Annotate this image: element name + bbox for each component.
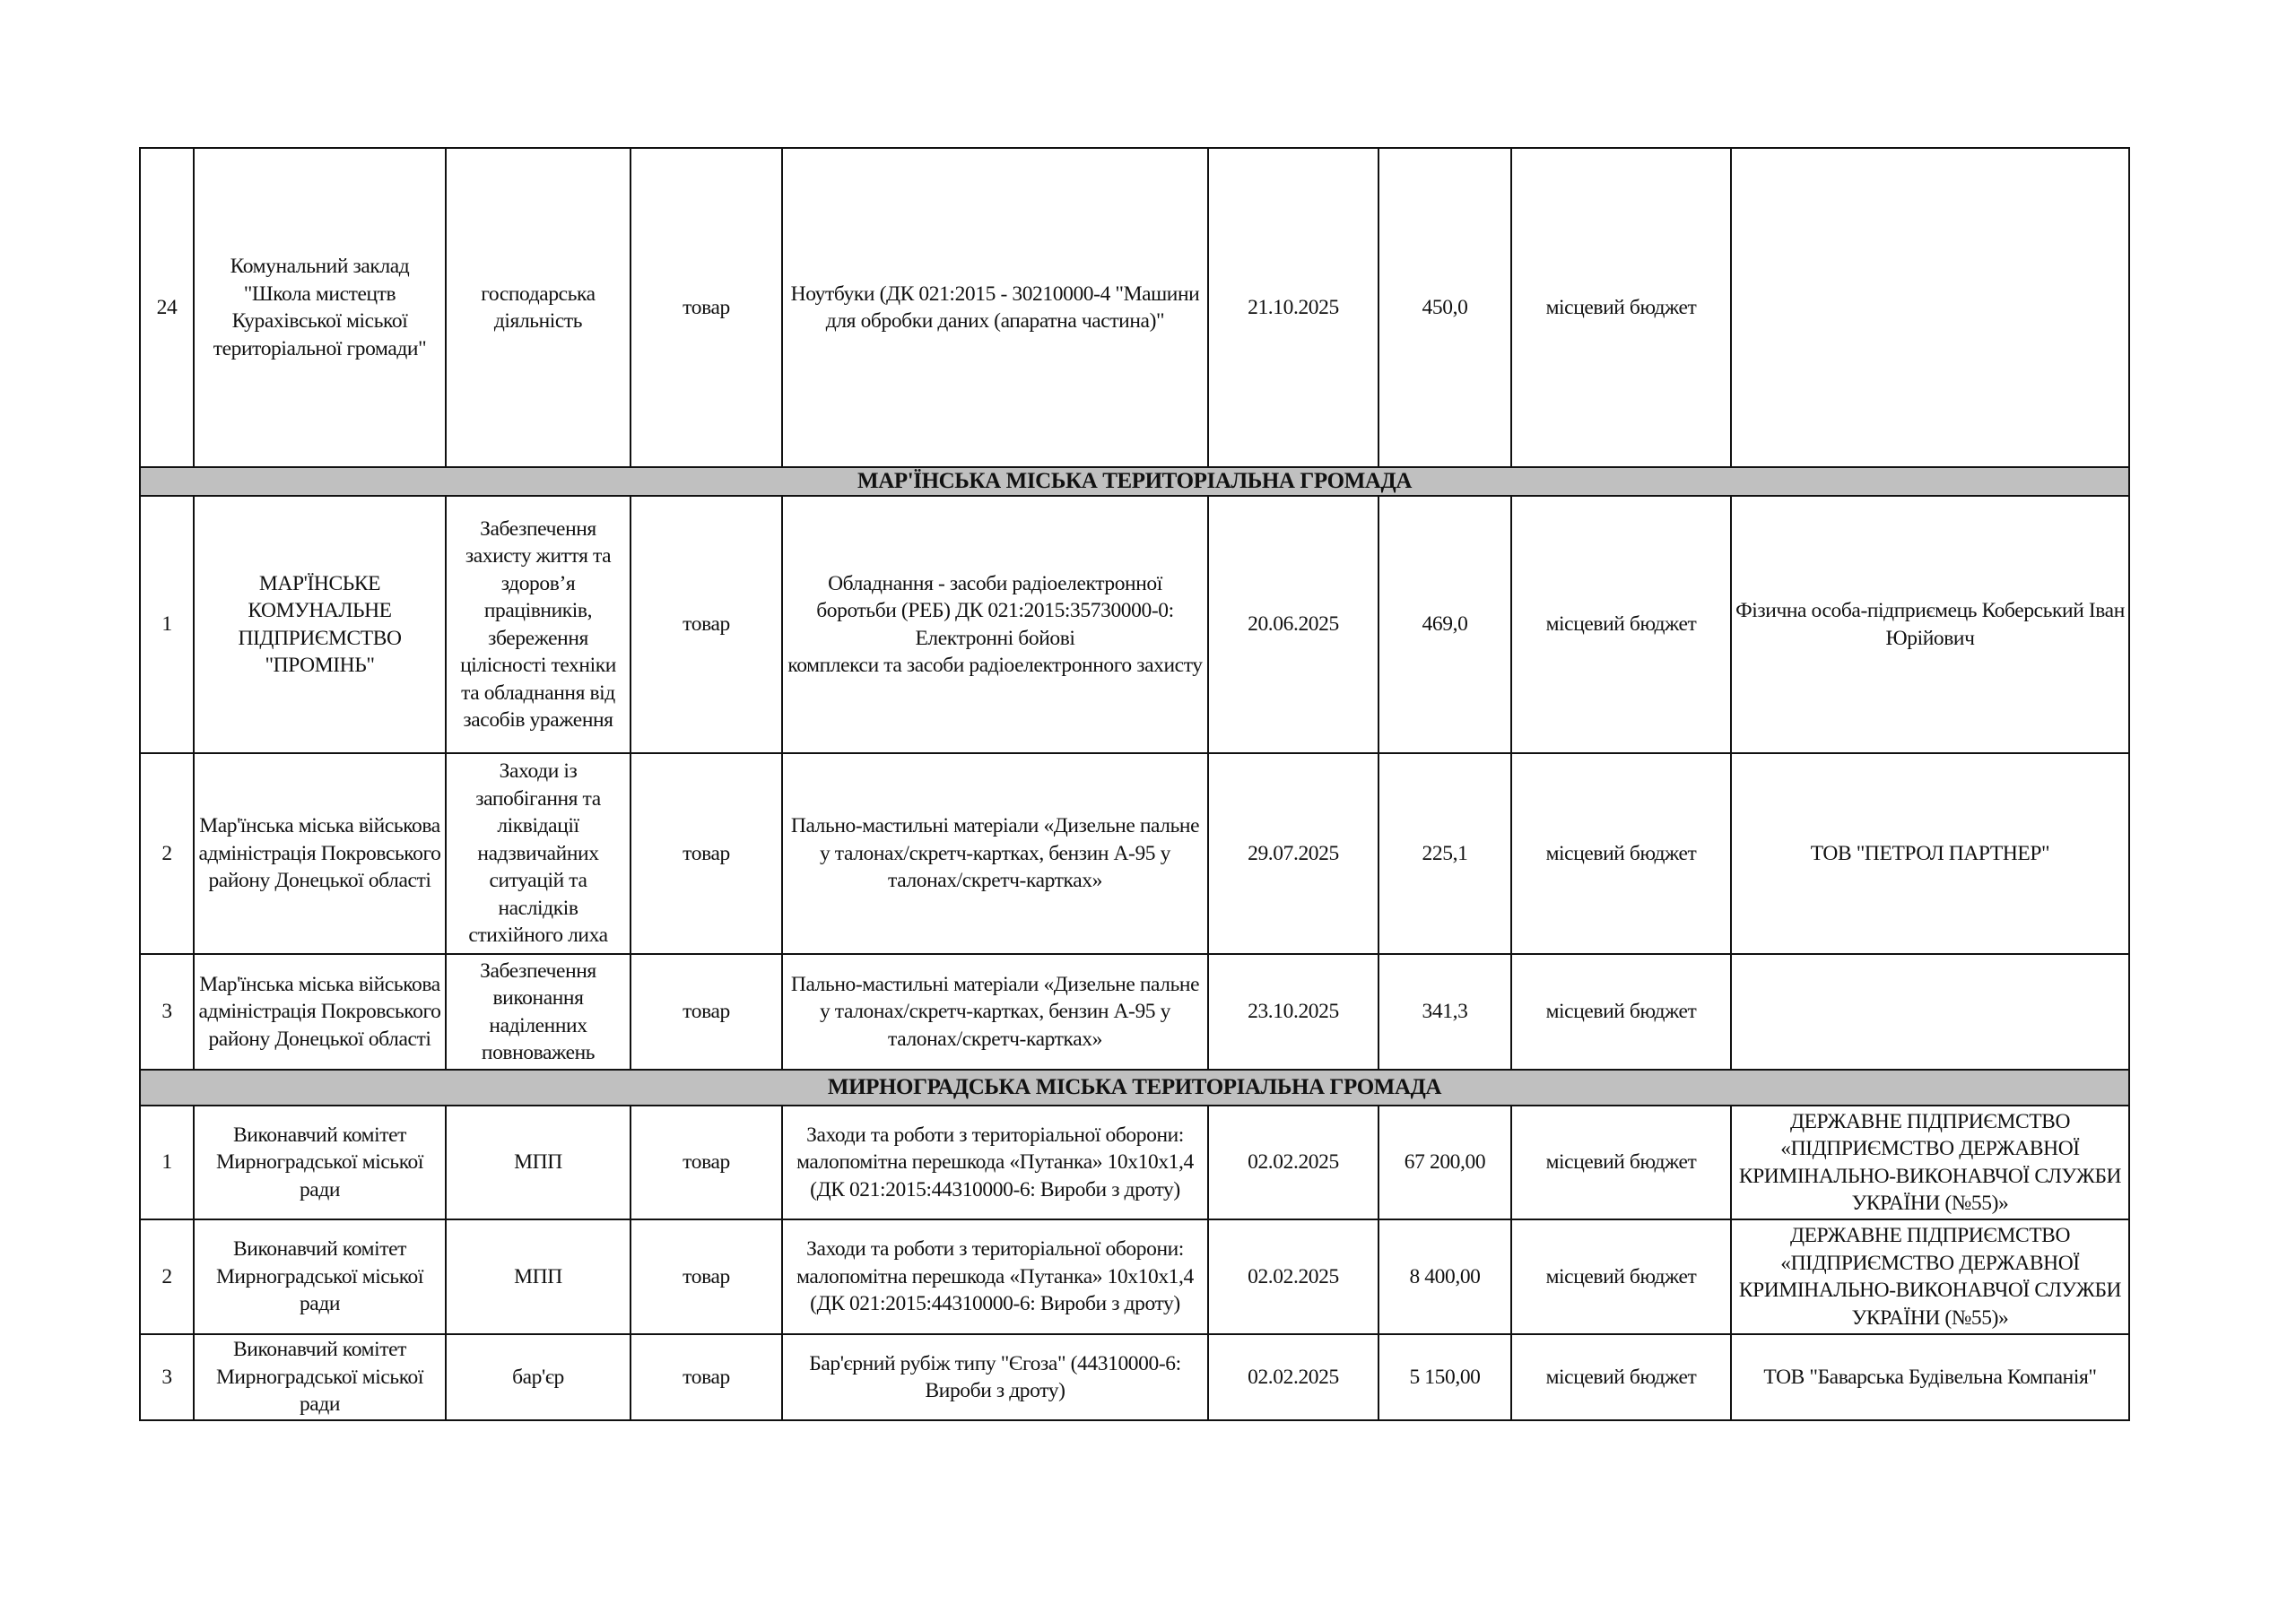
customer-cell: Комунальний заклад "Школа мистецтв Курах… (194, 148, 446, 467)
subject-cell: Бар'єрний рубіж типу "Єгоза" (44310000-6… (782, 1334, 1208, 1420)
procurement-table: 24Комунальний заклад "Школа мистецтв Кур… (139, 147, 2130, 1421)
amount-cell: 450,0 (1378, 148, 1511, 467)
amount-cell: 5 150,00 (1378, 1334, 1511, 1420)
date-cell: 02.02.2025 (1208, 1334, 1378, 1420)
subject-cell: Ноутбуки (ДК 021:2015 - 30210000-4 "Маши… (782, 148, 1208, 467)
supplier-cell (1731, 148, 2129, 467)
subject-cell: Пально-мастильні матеріали «Дизельне пал… (782, 753, 1208, 954)
type-cell: товар (631, 1219, 782, 1334)
subject-cell: Пально-мастильні матеріали «Дизельне пал… (782, 954, 1208, 1070)
date-cell: 02.02.2025 (1208, 1219, 1378, 1334)
purpose-cell: Забезпечення виконання наділенних повнов… (446, 954, 631, 1070)
section-header-row: МАР'ЇНСЬКА МІСЬКА ТЕРИТОРІАЛЬНА ГРОМАДА (140, 467, 2129, 496)
subject-cell: Заходи та роботи з територіальної оборон… (782, 1106, 1208, 1219)
funding-cell: місцевий бюджет (1511, 496, 1731, 753)
supplier-cell: ДЕРЖАВНЕ ПІДПРИЄМСТВО «ПІДПРИЄМСТВО ДЕРЖ… (1731, 1106, 2129, 1219)
date-cell: 29.07.2025 (1208, 753, 1378, 954)
amount-cell: 341,3 (1378, 954, 1511, 1070)
type-cell: товар (631, 954, 782, 1070)
funding-cell: місцевий бюджет (1511, 753, 1731, 954)
funding-cell: місцевий бюджет (1511, 148, 1731, 467)
date-cell: 02.02.2025 (1208, 1106, 1378, 1219)
purpose-cell: Забезпечення захисту життя та здоров’я п… (446, 496, 631, 753)
type-cell: товар (631, 148, 782, 467)
table-row: 1Виконавчий комітет Мирноградської міськ… (140, 1106, 2129, 1219)
funding-cell: місцевий бюджет (1511, 1219, 1731, 1334)
table-row: 2Виконавчий комітет Мирноградської міськ… (140, 1219, 2129, 1334)
purpose-cell: МПП (446, 1106, 631, 1219)
customer-cell: МАР'ЇНСЬКЕ КОМУНАЛЬНЕ ПІДПРИЄМСТВО "ПРОМ… (194, 496, 446, 753)
supplier-cell: Фізична особа-підприємець Коберський Іва… (1731, 496, 2129, 753)
supplier-cell (1731, 954, 2129, 1070)
section-header-row: МИРНОГРАДСЬКА МІСЬКА ТЕРИТОРІАЛЬНА ГРОМА… (140, 1070, 2129, 1106)
customer-cell: Мар'їнська міська військова адміністраці… (194, 753, 446, 954)
customer-cell: Виконавчий комітет Мирноградської місько… (194, 1219, 446, 1334)
supplier-cell: ТОВ "Баварська Будівельна Компанія" (1731, 1334, 2129, 1420)
purpose-cell: господарська діяльність (446, 148, 631, 467)
customer-cell: Виконавчий комітет Мирноградської місько… (194, 1334, 446, 1420)
subject-cell: Обладнання - засоби радіоелектронної бор… (782, 496, 1208, 753)
type-cell: товар (631, 1106, 782, 1219)
funding-cell: місцевий бюджет (1511, 954, 1731, 1070)
amount-cell: 225,1 (1378, 753, 1511, 954)
date-cell: 20.06.2025 (1208, 496, 1378, 753)
purpose-cell: МПП (446, 1219, 631, 1334)
type-cell: товар (631, 1334, 782, 1420)
purpose-cell: бар'єр (446, 1334, 631, 1420)
date-cell: 23.10.2025 (1208, 954, 1378, 1070)
customer-cell: Виконавчий комітет Мирноградської місько… (194, 1106, 446, 1219)
supplier-cell: ТОВ "ПЕТРОЛ ПАРТНЕР" (1731, 753, 2129, 954)
amount-cell: 469,0 (1378, 496, 1511, 753)
type-cell: товар (631, 753, 782, 954)
row-number: 24 (140, 148, 194, 467)
table-row: 1МАР'ЇНСЬКЕ КОМУНАЛЬНЕ ПІДПРИЄМСТВО "ПРО… (140, 496, 2129, 753)
funding-cell: місцевий бюджет (1511, 1334, 1731, 1420)
row-number: 1 (140, 496, 194, 753)
row-number: 3 (140, 954, 194, 1070)
funding-cell: місцевий бюджет (1511, 1106, 1731, 1219)
type-cell: товар (631, 496, 782, 753)
purpose-cell: Заходи із запобігання та ліквідації надз… (446, 753, 631, 954)
table-row: 24Комунальний заклад "Школа мистецтв Кур… (140, 148, 2129, 467)
table-row: 3Виконавчий комітет Мирноградської міськ… (140, 1334, 2129, 1420)
row-number: 2 (140, 753, 194, 954)
supplier-cell: ДЕРЖАВНЕ ПІДПРИЄМСТВО «ПІДПРИЄМСТВО ДЕРЖ… (1731, 1219, 2129, 1334)
date-cell: 21.10.2025 (1208, 148, 1378, 467)
row-number: 2 (140, 1219, 194, 1334)
amount-cell: 8 400,00 (1378, 1219, 1511, 1334)
table-row: 3Мар'їнська міська військова адміністрац… (140, 954, 2129, 1070)
subject-cell: Заходи та роботи з територіальної оборон… (782, 1219, 1208, 1334)
customer-cell: Мар'їнська міська військова адміністраці… (194, 954, 446, 1070)
row-number: 3 (140, 1334, 194, 1420)
section-title: МИРНОГРАДСЬКА МІСЬКА ТЕРИТОРІАЛЬНА ГРОМА… (140, 1070, 2129, 1106)
amount-cell: 67 200,00 (1378, 1106, 1511, 1219)
section-title: МАР'ЇНСЬКА МІСЬКА ТЕРИТОРІАЛЬНА ГРОМАДА (140, 467, 2129, 496)
table-row: 2Мар'їнська міська військова адміністрац… (140, 753, 2129, 954)
row-number: 1 (140, 1106, 194, 1219)
